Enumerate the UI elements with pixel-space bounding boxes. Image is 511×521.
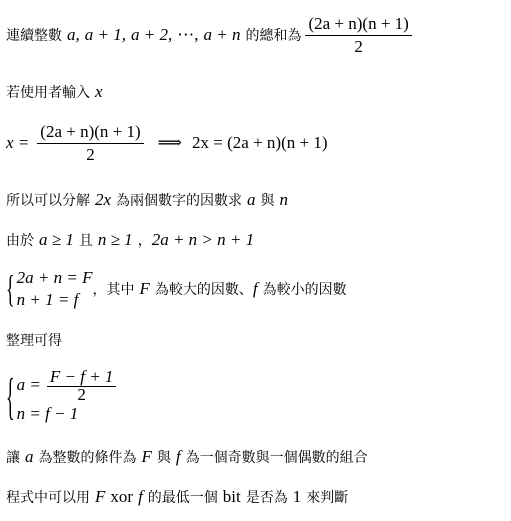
solution-system: { a = F − f + 1 2 n = f − 1 (6, 368, 120, 425)
math-n-ge-1: n ≥ 1 (98, 230, 133, 250)
ineq-text-1: 由於 (6, 230, 34, 250)
xor-text-4: 來判斷 (306, 487, 348, 507)
user-input-text: 若使用者輸入 (6, 82, 90, 102)
equation-fraction: (2a + n)(n + 1) 2 (37, 121, 143, 166)
equation-fraction-numerator: (2a + n)(n + 1) (37, 121, 143, 143)
rearrange-line: 整理可得 (6, 330, 62, 350)
system-text-1: ，其中 (92, 279, 134, 299)
system-text-2: 為較大的因數、 (155, 279, 253, 299)
math-bit: bit (223, 487, 241, 507)
factor-text-3: 與 (261, 190, 275, 210)
sum-fraction-denominator: 2 (354, 36, 363, 58)
integer-condition-line: 讓 a 為整數的條件為 F 與 f 為一個奇數與一個偶數的組合 (6, 446, 368, 468)
system-row-1: 2a + n = F (17, 267, 93, 289)
system-text-3: 為較小的因數 (263, 279, 347, 299)
equation-rhs: 2x = (2a + n)(n + 1) (192, 133, 327, 153)
math-f: f (138, 487, 143, 507)
cond-text-1: 讓 (6, 447, 20, 467)
math-a-ge-1: a ≥ 1 (39, 230, 74, 250)
rearrange-text: 整理可得 (6, 330, 62, 350)
sum-intro-text: 連續整數 (6, 25, 62, 45)
equation-fraction-denominator: 2 (86, 144, 95, 166)
cond-text-3: 與 (157, 447, 171, 467)
factor-text-2: 為兩個數字的因數求 (116, 190, 242, 210)
math-2x: 2x (95, 190, 111, 210)
xor-text-1: 程式中可以用 (6, 487, 90, 507)
math-f: f (253, 279, 258, 299)
seq-term-3: a + 2, (131, 25, 172, 45)
math-F: F (139, 279, 149, 299)
xor-text-3: 是否為 (246, 487, 288, 507)
ineq-text-2: 且 (79, 230, 93, 250)
seq-term-1: a, (67, 25, 80, 45)
solution-system-line: { a = F − f + 1 2 n = f − 1 (6, 364, 120, 428)
left-brace-icon: { (6, 270, 15, 308)
math-f: f (176, 447, 181, 467)
seq-term-2: a + 1, (85, 25, 126, 45)
var-x: x (95, 82, 103, 102)
math-F: F (142, 447, 152, 467)
system-row-2: n + 1 = f (17, 289, 93, 311)
equation-system: { 2a + n = F n + 1 = f (6, 267, 92, 311)
cond-text-4: 為一個奇數與一個偶數的組合 (186, 447, 368, 467)
left-brace-icon: { (6, 371, 15, 421)
math-xor: xor (110, 487, 133, 507)
solution-row-1: a = F − f + 1 2 (17, 368, 121, 403)
xor-check-line: 程式中可以用 F xor f 的最低一個 bit 是否為 1 來判斷 (6, 486, 348, 508)
inequality-line: 由於 a ≥ 1 且 n ≥ 1 ， 2a + n > n + 1 (6, 230, 254, 250)
sum-fraction: (2a + n)(n + 1) 2 (305, 13, 411, 58)
solution-fraction: F − f + 1 2 (47, 368, 117, 403)
solution-fraction-numerator: F − f + 1 (47, 368, 117, 386)
user-input-line: 若使用者輸入 x (6, 82, 103, 102)
math-inequality: 2a + n > n + 1 (152, 230, 254, 250)
system-line: { 2a + n = F n + 1 = f ，其中 F 為較大的因數、 f 為… (6, 264, 347, 314)
math-F: F (95, 487, 105, 507)
solution-row-2: n = f − 1 (17, 403, 121, 425)
seq-ellipsis: ⋯, (177, 25, 198, 45)
factor-text-1: 所以可以分解 (6, 190, 90, 210)
implies-arrow: ⟹ (158, 133, 182, 153)
ineq-comma: ， (138, 230, 152, 250)
seq-term-last: a + n (203, 25, 240, 45)
solution-fraction-denominator: 2 (77, 387, 86, 403)
xor-text-2: 的最低一個 (148, 487, 218, 507)
factor-line: 所以可以分解 2x 為兩個數字的因數求 a 與 n (6, 190, 288, 210)
math-1: 1 (293, 487, 302, 507)
equation-lhs: x = (6, 133, 29, 153)
cond-text-2: 為整數的條件為 (39, 447, 137, 467)
equation-line: x = (2a + n)(n + 1) 2 ⟹ 2x = (2a + n)(n … (6, 118, 327, 168)
math-a: a (25, 447, 34, 467)
math-n: n (280, 190, 289, 210)
math-a: a (247, 190, 256, 210)
sum-result-text: 的總和為 (245, 25, 301, 45)
sum-fraction-numerator: (2a + n)(n + 1) (305, 13, 411, 35)
solution-a-lhs: a = (17, 374, 41, 396)
sum-formula-line: 連續整數 a, a + 1, a + 2, ⋯, a + n 的總和為 (2a … (6, 10, 416, 60)
